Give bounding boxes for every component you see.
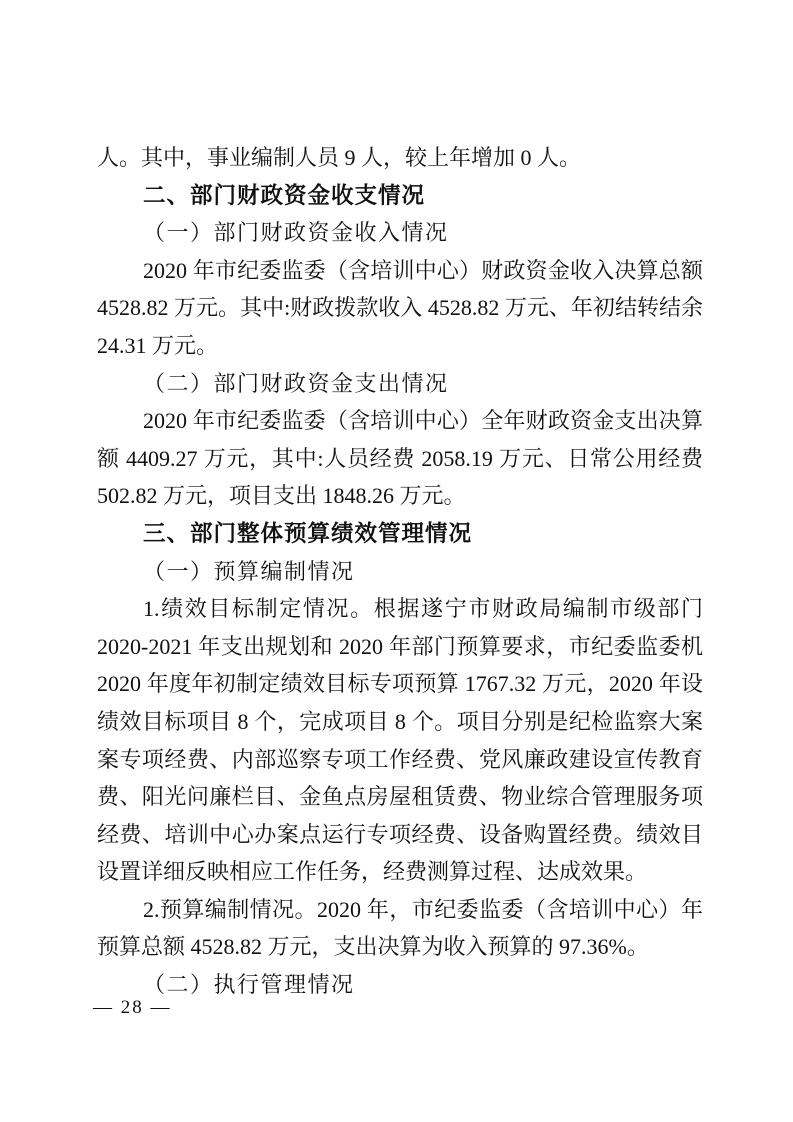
- page-number: — 28 —: [93, 993, 172, 1023]
- text-line: 1.绩效目标制定情况。根据遂宁市财政局编制市级部门: [97, 590, 703, 628]
- text-line: 2020 年市纪委监委（含培训中心）全年财政资金支出决算总: [97, 402, 703, 440]
- text-line: 费、阳光问廉栏目、金鱼点房屋租赁费、物业综合管理服务项目: [97, 778, 703, 816]
- text-line: 502.82 万元，项目支出 1848.26 万元。: [97, 477, 703, 515]
- text-line: 人。其中，事业编制人员 9 人，较上年增加 0 人。: [97, 139, 703, 177]
- text-line: 4528.82 万元。其中:财政拨款收入 4528.82 万元、年初结转结余: [97, 289, 703, 327]
- subsection-heading: （一）预算编制情况: [97, 553, 703, 591]
- text-line: 预算总额 4528.82 万元，支出决算为收入预算的 97.36%。: [97, 928, 703, 966]
- text-line: 绩效目标项目 8 个，完成项目 8 个。项目分别是纪检监察大案要: [97, 703, 703, 741]
- document-page: 人。其中，事业编制人员 9 人，较上年增加 0 人。 二、部门财政资金收支情况 …: [0, 0, 793, 1122]
- text-line: 额 4409.27 万元，其中:人员经费 2058.19 万元、日常公用经费: [97, 440, 703, 478]
- subsection-heading: （一）部门财政资金收入情况: [97, 214, 703, 252]
- section-heading: 二、部门财政资金收支情况: [97, 177, 703, 215]
- text-line: 24.31 万元。: [97, 327, 703, 365]
- text-line: 案专项经费、内部巡察专项工作经费、党风廉政建设宣传教育经: [97, 741, 703, 779]
- subsection-heading: （二）执行管理情况: [97, 966, 703, 1004]
- text-line: 设置详细反映相应工作任务，经费测算过程、达成效果。: [97, 853, 703, 891]
- text-line: 2020 年度年初制定绩效目标专项预算 1767.32 万元，2020 年设置: [97, 665, 703, 703]
- subsection-heading: （二）部门财政资金支出情况: [97, 365, 703, 403]
- text-line: 2020-2021 年支出规划和 2020 年部门预算要求，市纪委监委机关: [97, 628, 703, 666]
- text-line: 2020 年市纪委监委（含培训中心）财政资金收入决算总额: [97, 252, 703, 290]
- document-body: 人。其中，事业编制人员 9 人，较上年增加 0 人。 二、部门财政资金收支情况 …: [97, 139, 703, 1004]
- text-line: 2.预算编制情况。2020 年，市纪委监委（含培训中心）年度: [97, 891, 703, 929]
- section-heading: 三、部门整体预算绩效管理情况: [97, 515, 703, 553]
- text-line: 经费、培训中心办案点运行专项经费、设备购置经费。绩效目标: [97, 816, 703, 854]
